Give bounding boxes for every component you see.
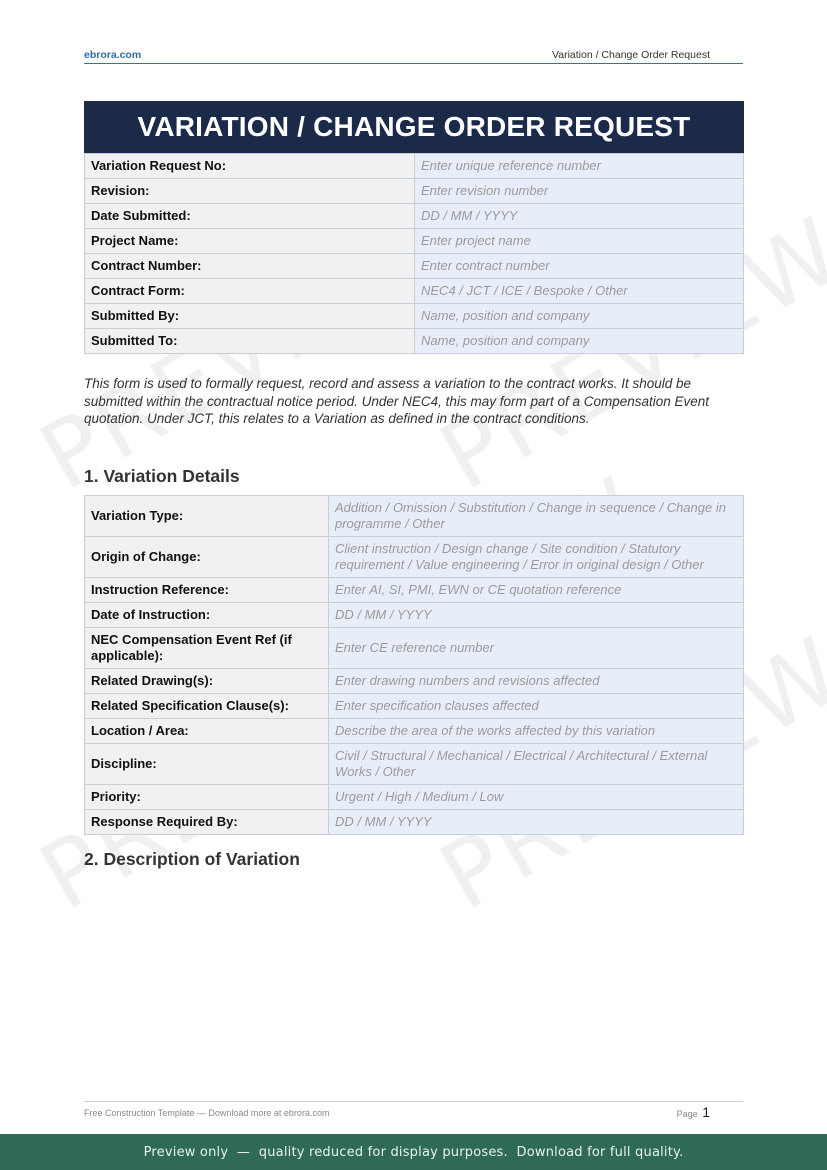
field-label: Location / Area:: [85, 719, 329, 744]
form-row: Discipline:Civil / Structural / Mechanic…: [85, 744, 744, 785]
field-label: Variation Type:: [85, 496, 329, 537]
field-label: Submitted By:: [85, 304, 415, 329]
field-label: Contract Number:: [85, 254, 415, 279]
field-label: Date Submitted:: [85, 204, 415, 229]
field-input[interactable]: Name, position and company: [415, 329, 744, 354]
field-input[interactable]: Enter unique reference number: [415, 154, 744, 179]
field-label: Variation Request No:: [85, 154, 415, 179]
field-label: Submitted To:: [85, 329, 415, 354]
header-fields-table: Variation Request No:Enter unique refere…: [84, 153, 744, 354]
section-heading-variation-details: 1. Variation Details: [84, 466, 240, 487]
form-row: Date Submitted:DD / MM / YYYY: [85, 204, 744, 229]
form-title: VARIATION / CHANGE ORDER REQUEST: [84, 101, 744, 153]
form-row: Priority:Urgent / High / Medium / Low: [85, 785, 744, 810]
form-row: Revision:Enter revision number: [85, 179, 744, 204]
field-label: Related Drawing(s):: [85, 669, 329, 694]
field-input[interactable]: Describe the area of the works affected …: [329, 719, 744, 744]
form-row: Contract Form:NEC4 / JCT / ICE / Bespoke…: [85, 279, 744, 304]
form-row: Contract Number:Enter contract number: [85, 254, 744, 279]
field-label: Origin of Change:: [85, 537, 329, 578]
form-row: Response Required By:DD / MM / YYYY: [85, 810, 744, 835]
form-row: Location / Area:Describe the area of the…: [85, 719, 744, 744]
field-input[interactable]: Client instruction / Design change / Sit…: [329, 537, 744, 578]
form-row: Instruction Reference:Enter AI, SI, PMI,…: [85, 578, 744, 603]
field-input[interactable]: DD / MM / YYYY: [329, 810, 744, 835]
field-input[interactable]: NEC4 / JCT / ICE / Bespoke / Other: [415, 279, 744, 304]
form-row: Submitted To:Name, position and company: [85, 329, 744, 354]
field-label: Contract Form:: [85, 279, 415, 304]
page-footer: Free Construction Template — Download mo…: [84, 1101, 743, 1122]
brand-link[interactable]: ebrora.com: [84, 49, 141, 61]
page-header: ebrora.com Variation / Change Order Requ…: [84, 47, 743, 64]
field-label: Priority:: [85, 785, 329, 810]
variation-details-table: Variation Type:Addition / Omission / Sub…: [84, 495, 744, 835]
field-input[interactable]: Enter drawing numbers and revisions affe…: [329, 669, 744, 694]
field-input[interactable]: Civil / Structural / Mechanical / Electr…: [329, 744, 744, 785]
field-label: Discipline:: [85, 744, 329, 785]
form-row: Variation Type:Addition / Omission / Sub…: [85, 496, 744, 537]
field-input[interactable]: Enter project name: [415, 229, 744, 254]
preview-banner-text: Preview only — quality reduced for displ…: [144, 1145, 684, 1160]
form-row: Submitted By:Name, position and company: [85, 304, 744, 329]
field-label: Revision:: [85, 179, 415, 204]
field-input[interactable]: Enter AI, SI, PMI, EWN or CE quotation r…: [329, 578, 744, 603]
header-form: VARIATION / CHANGE ORDER REQUEST Variati…: [84, 101, 744, 354]
field-input[interactable]: DD / MM / YYYY: [415, 204, 744, 229]
form-row: Related Drawing(s):Enter drawing numbers…: [85, 669, 744, 694]
page-number: 1: [702, 1104, 710, 1120]
field-input[interactable]: Enter contract number: [415, 254, 744, 279]
field-label: Instruction Reference:: [85, 578, 329, 603]
field-label: Project Name:: [85, 229, 415, 254]
form-row: Variation Request No:Enter unique refere…: [85, 154, 744, 179]
field-label: Related Specification Clause(s):: [85, 694, 329, 719]
field-input[interactable]: DD / MM / YYYY: [329, 603, 744, 628]
form-row: Project Name:Enter project name: [85, 229, 744, 254]
form-row: Origin of Change:Client instruction / De…: [85, 537, 744, 578]
form-row: Date of Instruction:DD / MM / YYYY: [85, 603, 744, 628]
form-row: Related Specification Clause(s):Enter sp…: [85, 694, 744, 719]
variation-details-form: Variation Type:Addition / Omission / Sub…: [84, 495, 744, 835]
field-input[interactable]: Enter CE reference number: [329, 628, 744, 669]
intro-text: This form is used to formally request, r…: [84, 375, 744, 428]
field-input[interactable]: Enter specification clauses affected: [329, 694, 744, 719]
field-input[interactable]: Enter revision number: [415, 179, 744, 204]
page-indicator: Page 1: [677, 1104, 710, 1120]
section-heading-description: 2. Description of Variation: [84, 849, 300, 870]
page-label: Page: [677, 1109, 698, 1119]
field-label: Response Required By:: [85, 810, 329, 835]
field-input[interactable]: Urgent / High / Medium / Low: [329, 785, 744, 810]
field-label: Date of Instruction:: [85, 603, 329, 628]
field-input[interactable]: Name, position and company: [415, 304, 744, 329]
form-row: NEC Compensation Event Ref (if applicabl…: [85, 628, 744, 669]
field-label: NEC Compensation Event Ref (if applicabl…: [85, 628, 329, 669]
preview-banner: Preview only — quality reduced for displ…: [0, 1134, 827, 1170]
document-name: Variation / Change Order Request: [552, 49, 710, 61]
field-input[interactable]: Addition / Omission / Substitution / Cha…: [329, 496, 744, 537]
footer-note: Free Construction Template — Download mo…: [84, 1108, 329, 1118]
